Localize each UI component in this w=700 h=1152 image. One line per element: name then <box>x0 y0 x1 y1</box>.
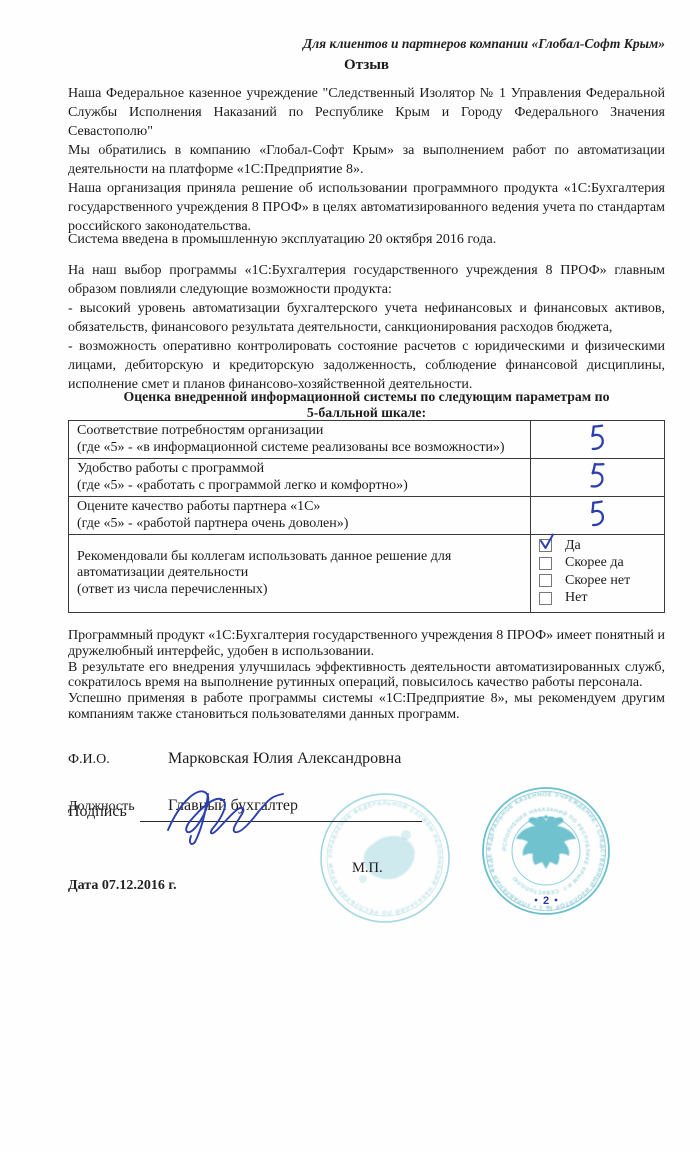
paragraph-results: В результате его внедрения улучшилась эф… <box>68 660 665 692</box>
option-label: Нет <box>565 590 587 606</box>
checkbox-checked <box>539 539 552 552</box>
option-net: Нет <box>539 591 656 605</box>
table-row: Удобство работы с программой (где «5» - … <box>69 459 665 497</box>
closing-paragraphs: Программный продукт «1С:Бухгалтерия госу… <box>68 628 665 723</box>
table-row-recommend: Рекомендовали бы коллегам использовать д… <box>69 535 665 613</box>
handwritten-score-icon <box>587 461 608 492</box>
paragraph-request: Мы обратились в компанию «Глобал-Софт Кр… <box>68 141 665 179</box>
table-heading: Оценка внедренной информационной системы… <box>68 389 665 421</box>
stamp-right: ФЕДЕРАЛЬНОЕ КАЗЕННОЕ УЧРЕЖДЕНИЕ • СЛЕДСТ… <box>480 785 612 917</box>
header-note: Для клиентов и партнеров компании «Глоба… <box>68 36 665 52</box>
score-cell: 5 <box>531 497 665 535</box>
rating-table: Соответствие потребностям организации (г… <box>68 420 665 613</box>
option-label: Скорее нет <box>565 573 630 589</box>
double-eagle-icon <box>516 815 576 869</box>
table-row: Соответствие потребностям организации (г… <box>69 421 665 459</box>
table-row: Оцените качество работы партнера «1С» (г… <box>69 497 665 535</box>
checkbox-empty <box>539 557 552 570</box>
option-skoree-da: Скорее да <box>539 556 656 570</box>
checkbox-empty <box>539 592 552 605</box>
list-item-control: - возможность оперативно контролировать … <box>68 337 665 394</box>
paragraph-interface: Программный продукт «1С:Бухгалтерия госу… <box>68 628 665 660</box>
criterion-text: Соответствие потребностям организации <box>77 423 522 440</box>
paragraph-decision: Наша организация приняла решение об испо… <box>68 179 665 236</box>
fio-value: Марковская Юлия Александровна <box>168 750 401 768</box>
list-item-automation: - высокий уровень автоматизации бухгалте… <box>68 299 665 337</box>
recommend-question: Рекомендовали бы коллегам использовать д… <box>69 535 531 613</box>
score-cell: 5 <box>531 459 665 497</box>
page-title: Отзыв <box>68 57 665 74</box>
handwritten-score-icon <box>586 422 608 453</box>
option-da: Да <box>539 539 656 553</box>
option-label: Скорее да <box>565 555 624 571</box>
stamp-place-label: М.П. <box>352 860 383 877</box>
option-skoree-net: Скорее нет <box>539 574 656 588</box>
criterion-text: Удобство работы с программой <box>77 461 522 478</box>
intro-paragraphs: Наша Федеральное казенное учреждение "Сл… <box>68 84 665 236</box>
fio-label: Ф.И.О. <box>68 752 110 767</box>
criterion-hint: (где «5» - «работать с программой легко … <box>77 478 522 495</box>
paragraph-recommendation: Успешно применяя в работе программы сист… <box>68 691 665 723</box>
handwritten-signature <box>162 780 297 846</box>
criterion-text: Оцените качество работы партнера «1С» <box>77 499 522 516</box>
criterion-hint: (где «5» - «работой партнера очень довол… <box>77 516 522 533</box>
checkbox-empty <box>539 574 552 587</box>
recommend-options: Да Скорее да Скорее нет Нет <box>531 535 665 613</box>
handwritten-score-icon <box>586 498 609 530</box>
fio-row: Ф.И.О. Марковская Юлия Александровна <box>68 750 665 768</box>
stamp-right-number: 2 <box>543 895 549 907</box>
table-heading-line2: 5-балльной шкале: <box>307 405 426 420</box>
table-heading-line1: Оценка внедренной информационной системы… <box>124 389 610 404</box>
paragraph-institution: Наша Федеральное казенное учреждение "Сл… <box>68 84 665 141</box>
score-cell: 5 <box>531 421 665 459</box>
paragraph-choice-intro: На наш выбор программы «1С:Бухгалтерия г… <box>68 261 665 299</box>
document-page: Для клиентов и партнеров компании «Глоба… <box>0 0 700 1152</box>
option-label: Да <box>565 538 581 554</box>
stamp-left: УПРАВЛЕНИЕ ФЕДЕРАЛЬНОЙ СЛУЖБЫ ИСПОЛНЕНИЯ… <box>318 791 452 925</box>
paragraph-launch-date: Система введена в промышленную эксплуата… <box>68 230 665 249</box>
reasons-paragraphs: На наш выбор программы «1С:Бухгалтерия г… <box>68 261 665 394</box>
criterion-hint: (где «5» - «в информационной системе реа… <box>77 440 522 457</box>
checkmark-icon <box>537 532 557 552</box>
